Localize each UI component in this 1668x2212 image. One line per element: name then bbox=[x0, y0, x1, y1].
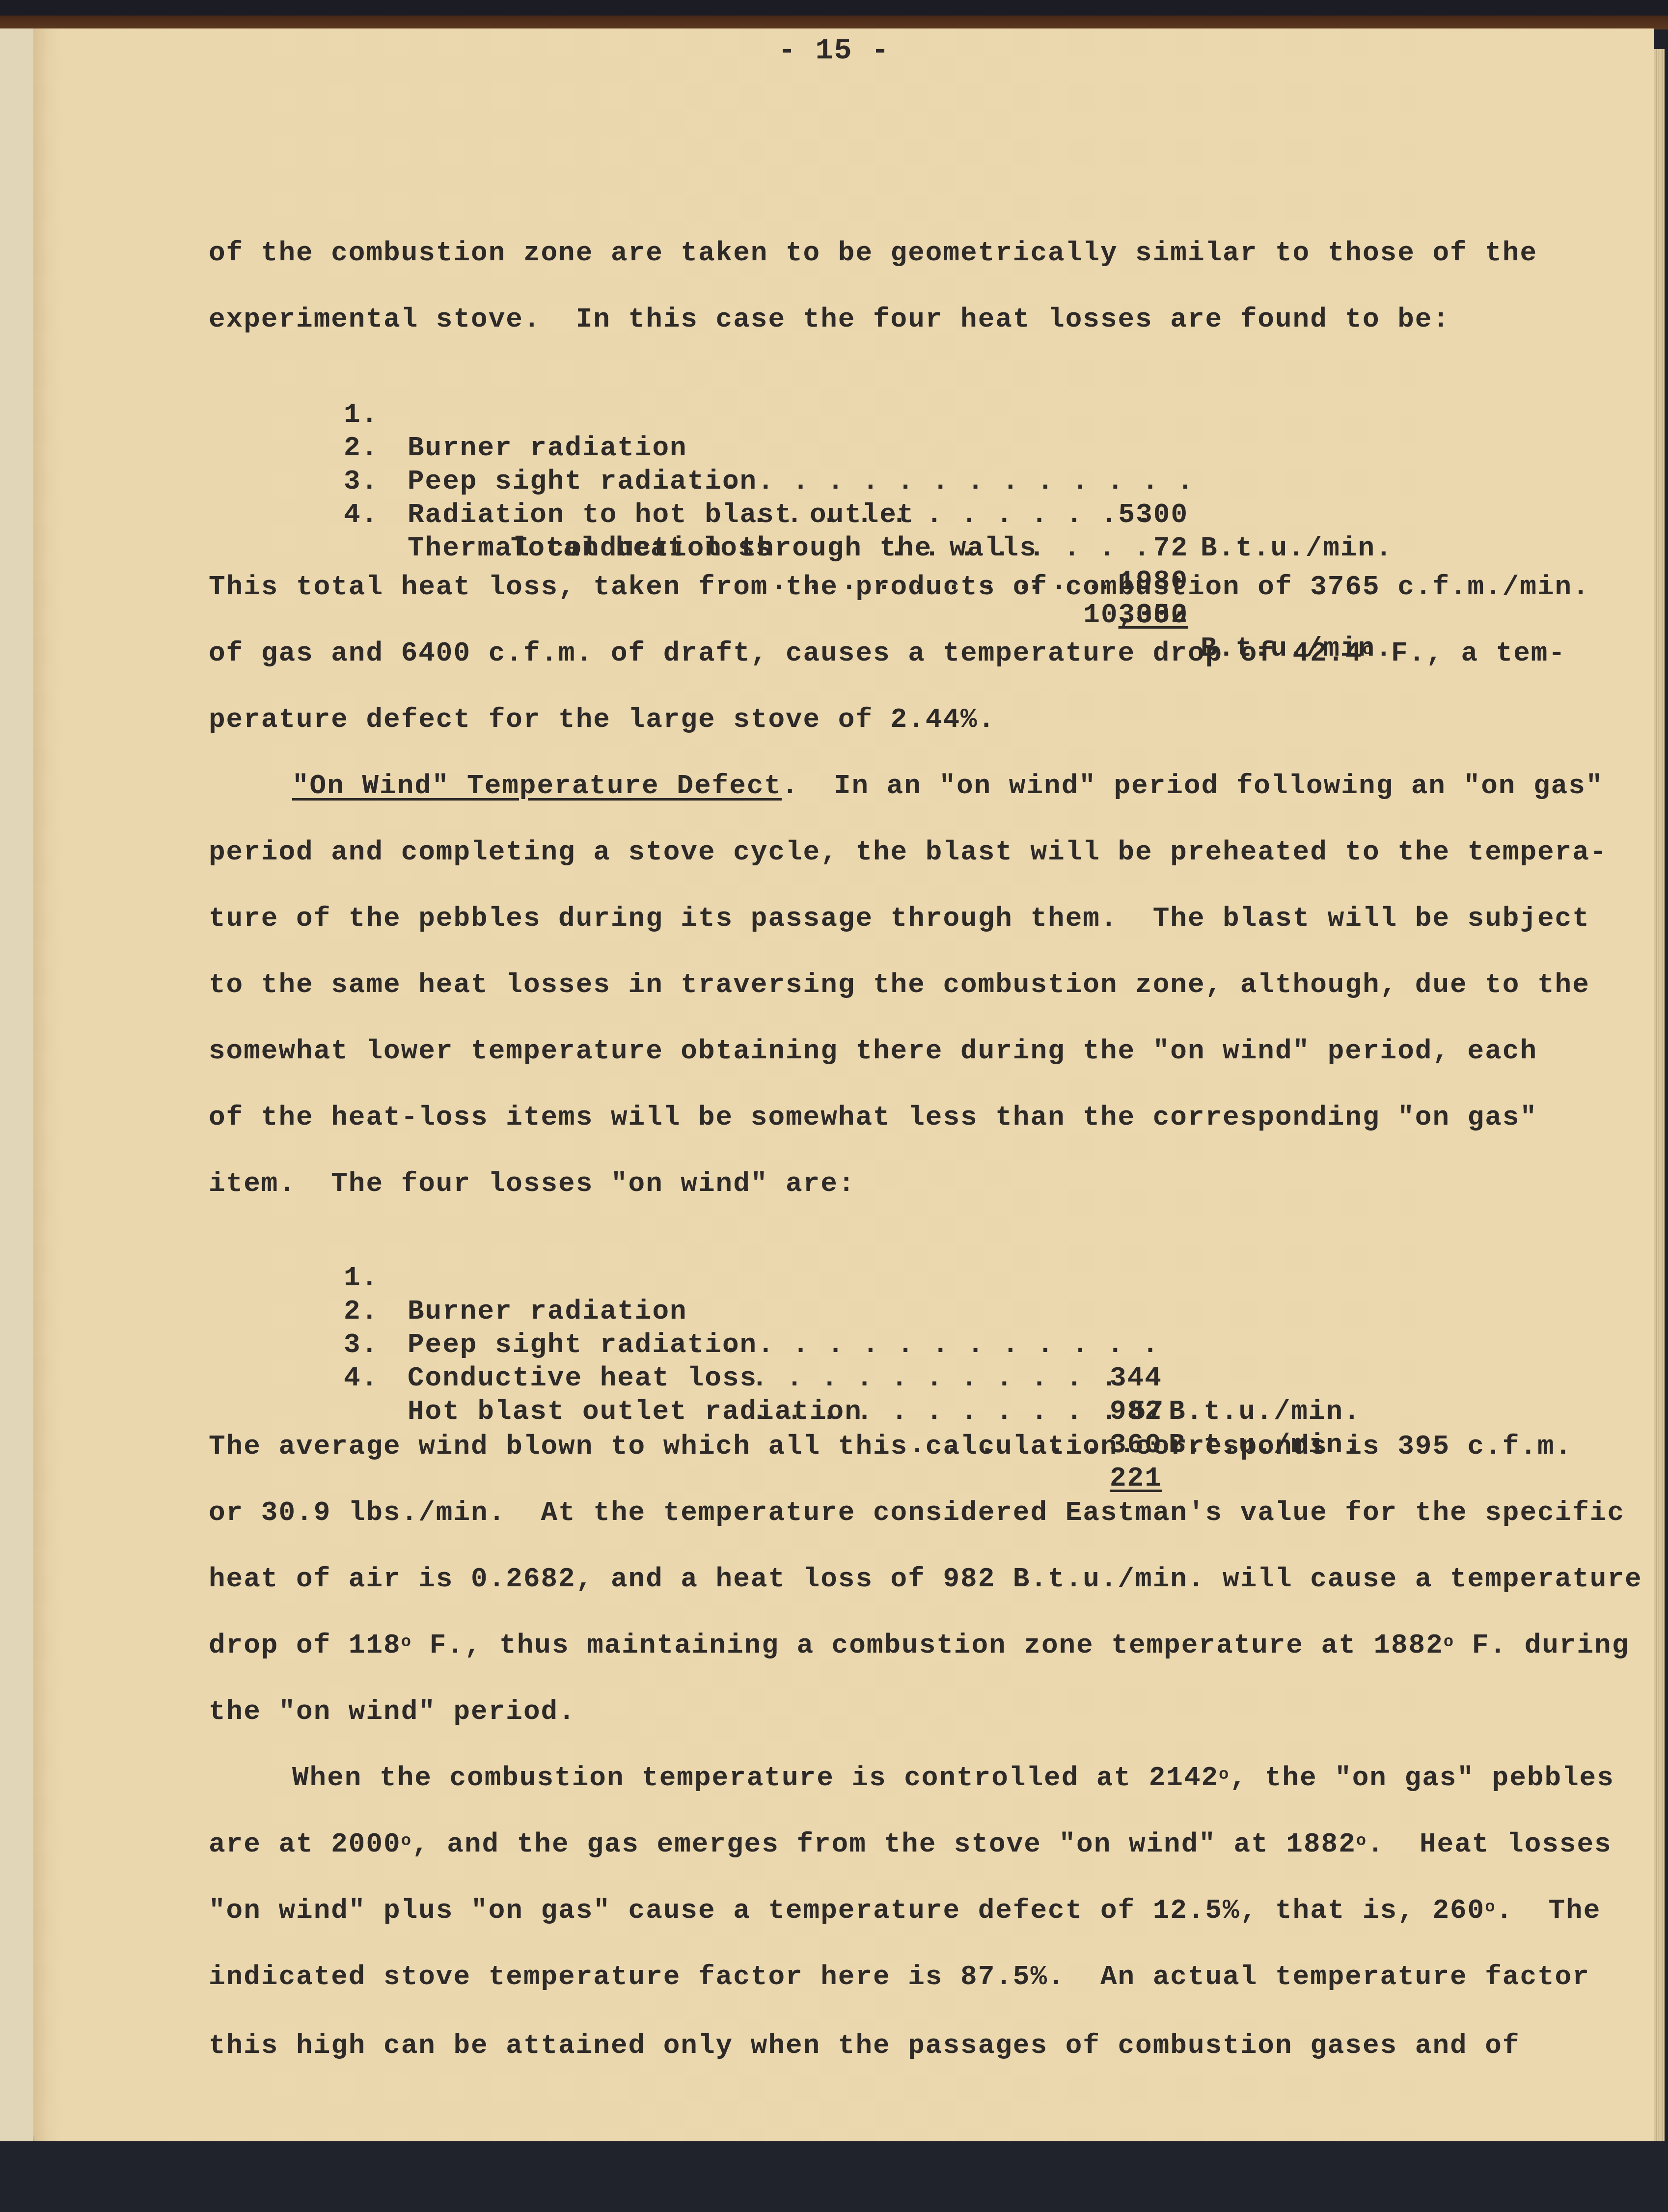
para4-line2: are at 2000o, and the gas emerges from t… bbox=[209, 1827, 1612, 1861]
degree-symbol: o bbox=[401, 1633, 412, 1652]
section-line: ture of the pebbles during its passage t… bbox=[209, 901, 1590, 936]
para3-line5: the "on wind" period. bbox=[209, 1694, 576, 1729]
table-total-row: 982 B.t.u./min. bbox=[344, 1361, 1473, 1395]
section-line: item. The four losses "on wind" are: bbox=[209, 1166, 855, 1201]
para1-line1: of the combustion zone are taken to be g… bbox=[209, 236, 1537, 270]
table-row: 1. Burner radiation . . . . . . . . . . … bbox=[344, 1228, 1473, 1261]
para3-line3: heat of air is 0.2682, and a heat loss o… bbox=[209, 1562, 1642, 1596]
para2-line3: perature defect for the large stove of 2… bbox=[209, 702, 995, 737]
row-unit: B.t.u./min. bbox=[1201, 531, 1393, 565]
section-heading: "On Wind" Temperature Defect bbox=[292, 770, 782, 802]
text: . In an "on wind" period following an "o… bbox=[782, 770, 1603, 802]
para4-line4: indicated stove temperature factor here … bbox=[209, 1960, 1590, 1994]
adjacent-page-edge bbox=[0, 28, 34, 2155]
text: , the "on gas" pebbles bbox=[1230, 1762, 1614, 1794]
text: , and the gas emerges from the stove "on… bbox=[412, 1828, 1356, 1860]
heat-loss-table-on-gas: 1. Burner radiation . . . . . . . . . . … bbox=[344, 364, 1473, 531]
table-row: 3. Conductive heat loss . . . . . . . . … bbox=[344, 1295, 1473, 1328]
para4-line5: this high can be attained only when the … bbox=[209, 2028, 1520, 2063]
para4-line1: When the combustion temperature is contr… bbox=[292, 1761, 1614, 1795]
para4-line3: "on wind" plus "on gas" cause a temperat… bbox=[209, 1893, 1601, 1928]
degree-symbol: o bbox=[1485, 1898, 1496, 1917]
text: F. during bbox=[1454, 1630, 1629, 1661]
section-line: period and completing a stove cycle, the… bbox=[209, 835, 1607, 869]
para1-line2: experimental stove. In this case the fou… bbox=[209, 302, 1450, 336]
page-number: - 15 - bbox=[0, 34, 1668, 68]
section-heading-line: "On Wind" Temperature Defect. In an "on … bbox=[292, 769, 1603, 803]
table-row: 1. Burner radiation . . . . . . . . . . … bbox=[344, 364, 1473, 398]
section-line: to the same heat losses in traversing th… bbox=[209, 968, 1590, 1002]
total-label: Total heat loss bbox=[511, 531, 773, 565]
degree-symbol: o bbox=[1219, 1766, 1230, 1784]
text: of gas and 6400 c.f.m. of draft, causes … bbox=[209, 637, 1363, 669]
section-line: of the heat-loss items will be somewhat … bbox=[209, 1100, 1537, 1134]
row-label: Hot blast outlet radiation bbox=[408, 1395, 862, 1428]
total-value: 982 bbox=[1110, 1395, 1162, 1428]
degree-symbol: o bbox=[1356, 1832, 1367, 1851]
text: are at 2000 bbox=[209, 1828, 401, 1860]
text: drop of 118 bbox=[209, 1630, 401, 1661]
degree-symbol: o bbox=[401, 1832, 412, 1851]
para3-line4: drop of 118o F., thus maintaining a comb… bbox=[209, 1628, 1629, 1662]
section-line: somewhat lower temperature obtaining the… bbox=[209, 1034, 1537, 1068]
heat-loss-table-on-wind: 1. Burner radiation . . . . . . . . . . … bbox=[344, 1228, 1473, 1395]
table-total-row: Total heat loss . . . . . . . . . . 10,3… bbox=[344, 498, 1473, 531]
binding-bottom bbox=[0, 2141, 1668, 2212]
degree-symbol: o bbox=[1444, 1633, 1454, 1652]
table-row: 2. Peep sight radiation . . . . . . . . … bbox=[344, 1261, 1473, 1295]
table-row: 3. Radiation to hot blast outlet . . . .… bbox=[344, 431, 1473, 465]
row-unit: B.t.u./min. bbox=[1169, 1395, 1361, 1428]
row-value: 221 bbox=[1110, 1462, 1162, 1495]
text: . The bbox=[1496, 1895, 1601, 1926]
para2-line2: of gas and 6400 c.f.m. of draft, causes … bbox=[209, 636, 1566, 670]
text: When the combustion temperature is contr… bbox=[292, 1762, 1219, 1794]
table-row: 4. Hot blast outlet radiation . . . . . … bbox=[344, 1328, 1473, 1361]
binding-top bbox=[0, 0, 1668, 29]
para3-line2: or 30.9 lbs./min. At the temperature con… bbox=[209, 1495, 1625, 1530]
text: F., a tem- bbox=[1373, 637, 1566, 669]
para2-line1: This total heat loss, taken from the pro… bbox=[209, 570, 1590, 604]
para3-line1: The average wind blown to which all this… bbox=[209, 1429, 1572, 1464]
degree-symbol: o bbox=[1363, 641, 1373, 660]
table-row: 2. Peep sight radiation . . . . . . . . … bbox=[344, 398, 1473, 431]
table-row: 4. Thermal conduction through the walls … bbox=[344, 465, 1473, 498]
text: . Heat losses bbox=[1367, 1828, 1612, 1860]
text: "on wind" plus "on gas" cause a temperat… bbox=[209, 1895, 1485, 1926]
text: F., thus maintaining a combustion zone t… bbox=[412, 1630, 1444, 1661]
